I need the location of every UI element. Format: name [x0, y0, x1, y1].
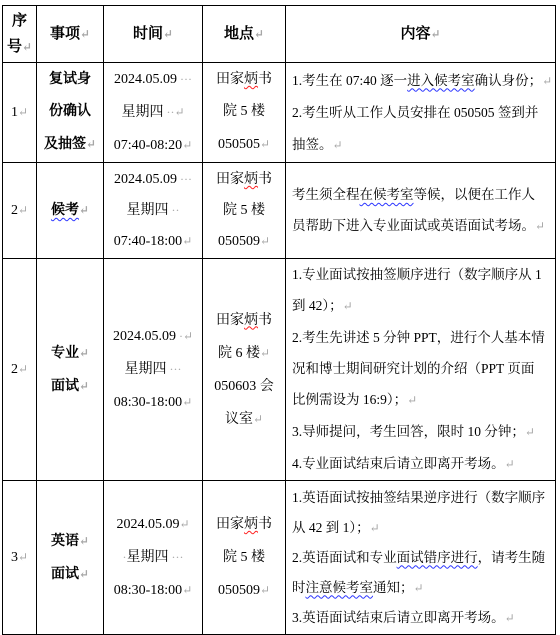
time-cell: 2024.05.09↵·星期四 ···08:30-18:00↵: [104, 481, 203, 635]
text-run: 星期四: [121, 105, 163, 120]
formatting-mark: ·↵: [176, 329, 193, 343]
text-run: 2.英语面试和专业: [292, 550, 397, 565]
formatting-mark: ··↵: [163, 105, 184, 119]
text-run: 08:30-18:00: [114, 395, 182, 410]
location-cell: 田家炳书院 5 楼050505↵: [203, 63, 286, 163]
text-run: 书: [258, 72, 272, 87]
text-run: 况和博士期间研究计划的介绍（PPT 页面: [292, 361, 534, 376]
formatting-mark: ↵: [18, 550, 28, 564]
seq-cell: 1↵: [3, 63, 37, 163]
formatting-mark: ↵: [18, 203, 28, 217]
text-run: 2024.05.09: [114, 72, 177, 87]
schedule-table: 序号↵事项↵时间↵地点↵内容↵ 1↵复试身份确认及抽签↵2024.05.09 ·…: [2, 5, 556, 635]
formatting-mark: ↵: [86, 137, 96, 151]
text-line: 050603 会: [206, 370, 282, 403]
text-line: 4.专业面试结束后请立即离开考场。↵: [292, 448, 549, 480]
text-run: 等候，以便在工作人: [414, 187, 536, 202]
text-run: 田家: [216, 172, 244, 187]
location-cell: 田家炳书院 5 楼050509↵: [203, 163, 286, 259]
text-run: 3: [11, 550, 18, 565]
text-run: 英语: [51, 534, 79, 549]
text-run: 院 5 楼: [223, 203, 265, 218]
item-cell: 复试身份确认及抽签↵: [37, 63, 104, 163]
formatting-mark: ↵: [179, 517, 189, 531]
content-cell: 1.考生在 07:40 逐一进入候考室确认身份；↵2.考生听从工作人员安排在 0…: [286, 63, 556, 163]
text-run: 2: [11, 362, 18, 377]
text-line: 田家炳书: [206, 508, 282, 541]
text-line: 及抽签↵: [40, 128, 100, 161]
text-run: 田家: [216, 72, 244, 87]
text-run: 1.考生在 07:40 逐一: [292, 73, 407, 88]
grammar-underlined-text: 面试错序进行: [397, 550, 478, 565]
text-run: 2: [11, 203, 18, 218]
text-line: 份确认: [40, 96, 100, 128]
text-run: 田家: [216, 517, 244, 532]
text-run: 内容: [400, 26, 430, 42]
text-line: 院 5 楼: [206, 541, 282, 574]
text-run: 到 42）；: [292, 298, 343, 313]
formatting-mark: ↵: [260, 137, 270, 151]
table-row: 1↵复试身份确认及抽签↵2024.05.09 ···星期四 ··↵07:40-0…: [3, 63, 556, 163]
grammar-underlined-text: 在候考室: [360, 187, 414, 202]
table-row: 3↵英语↵面试↵2024.05.09↵·星期四 ···08:30-18:00↵田…: [3, 481, 556, 635]
text-line: 08:30-18:00↵: [107, 386, 199, 419]
seq-cell: 3↵: [3, 481, 37, 635]
text-line: 2024.05.09 ···: [107, 63, 199, 96]
text-run: 时间: [133, 26, 163, 42]
text-line: 2024.05.09 ···: [107, 164, 199, 195]
text-line: 从 42 到 1）；↵: [292, 513, 549, 543]
location-cell: 田家炳书院 5 楼050509↵: [203, 481, 286, 635]
text-line: 田家炳书: [206, 164, 282, 195]
text-run: 4.专业面试结束后请立即离开考场。: [292, 456, 505, 471]
formatting-mark: ↵: [253, 412, 263, 426]
content-cell: 1.英语面试按抽签结果逆序进行（数字顺序从 42 到 1）；↵2.英语面试和专业…: [286, 481, 556, 635]
text-line: 3↵: [6, 541, 33, 574]
table-row: 2↵候考↵2024.05.09 ···星期四 ··07:40-18:00↵田家炳…: [3, 163, 556, 259]
text-run: 从 42 到 1）；: [292, 520, 370, 535]
text-run: 2024.05.09: [113, 329, 176, 344]
text-line: 050505↵: [206, 128, 282, 161]
text-line: 时间↵: [107, 21, 199, 47]
formatting-mark: ↵: [79, 379, 89, 393]
text-line: 员帮助下进入专业面试或英语面试考场。↵: [292, 210, 549, 242]
text-run: 07:40-08:20: [114, 138, 182, 153]
formatting-mark: ↵: [525, 425, 535, 439]
formatting-mark: ↵: [542, 74, 552, 88]
text-line: 号↵: [6, 34, 33, 60]
text-run: 2.考生听从工作人员安排在 050505 签到并: [292, 105, 538, 120]
formatting-mark: ···: [177, 172, 192, 186]
formatting-mark: ↵: [18, 105, 28, 119]
text-run: 050509: [218, 234, 260, 249]
text-line: 08:30-18:00↵: [107, 574, 199, 607]
formatting-mark: ↵: [535, 219, 545, 233]
time-cell: 2024.05.09 ·↵星期四 ···08:30-18:00↵: [104, 259, 203, 481]
text-line: 07:40-08:20↵: [107, 129, 199, 162]
text-line: 3.导师提问，考生回答，限时 10 分钟；↵: [292, 416, 549, 448]
formatting-mark: ↵: [254, 27, 264, 41]
text-line: 院 6 楼↵: [206, 337, 282, 370]
text-run: 院 5 楼: [223, 550, 265, 565]
item-cell: 专业↵面试↵: [37, 259, 104, 481]
text-line: 3.英语面试结束后请立即离开考场。↵: [292, 603, 549, 633]
table-body: 1↵复试身份确认及抽签↵2024.05.09 ···星期四 ··↵07:40-0…: [3, 63, 556, 635]
spellcheck-underlined-text: 炳: [244, 172, 258, 187]
formatting-mark: ↵: [333, 138, 343, 152]
text-run: 书: [258, 517, 272, 532]
text-run: 面试: [51, 567, 79, 582]
text-run: 3.英语面试结束后请立即离开考场。: [292, 610, 505, 625]
text-line: 2.英语面试和专业面试错序进行，请考生随: [292, 543, 549, 573]
text-run: 复试身: [49, 72, 91, 87]
text-run: 院 5 楼: [223, 104, 265, 119]
text-run: 08:30-18:00: [114, 583, 182, 598]
spellcheck-underlined-text: 炳: [244, 313, 258, 328]
text-run: 专业: [51, 346, 79, 361]
text-line: 英语↵: [40, 525, 100, 558]
text-run: 1: [11, 105, 18, 120]
formatting-mark: ↵: [260, 583, 270, 597]
formatting-mark: ↵: [79, 534, 89, 548]
text-run: 确认身份；: [475, 73, 543, 88]
text-run: 3.导师提问，考生回答，限时 10 分钟；: [292, 424, 525, 439]
text-run: 议室: [225, 412, 253, 427]
text-line: 星期四 ··: [107, 195, 199, 226]
text-line: 2↵: [6, 195, 33, 226]
text-run: 2.考生先讲述 5 分钟 PPT，进行个人基本情: [292, 330, 545, 345]
text-line: 1↵: [6, 96, 33, 129]
text-line: 比例需设为 16:9）；↵: [292, 384, 549, 416]
header-content: 内容↵: [286, 6, 556, 63]
text-run: 星期四: [127, 203, 169, 218]
text-line: 2024.05.09↵: [107, 508, 199, 541]
header-location: 地点↵: [203, 6, 286, 63]
text-run: 书: [258, 172, 272, 187]
text-run: 2024.05.09: [116, 517, 179, 532]
spellcheck-underlined-text: 炳: [244, 517, 258, 532]
text-run: 抽签。: [292, 137, 333, 152]
text-run: 星期四: [127, 550, 169, 565]
text-line: 星期四 ···: [107, 353, 199, 386]
grammar-underlined-text: 候考: [51, 203, 79, 218]
text-run: 份确认: [49, 104, 91, 119]
formatting-mark: ↵: [18, 362, 28, 376]
text-line: 050509↵: [206, 574, 282, 607]
text-line: 2.考生听从工作人员安排在 050505 签到并: [292, 97, 549, 129]
text-line: 况和博士期间研究计划的介绍（PPT 页面: [292, 353, 549, 384]
text-run: 050509: [218, 583, 260, 598]
text-line: 事项↵: [40, 21, 100, 47]
content-cell: 考生须全程在候考室等候，以便在工作人员帮助下进入专业面试或英语面试考场。↵: [286, 163, 556, 259]
text-line: 专业↵: [40, 337, 100, 370]
text-line: 2.考生先讲述 5 分钟 PPT，进行个人基本情: [292, 322, 549, 353]
text-run: 事项: [50, 26, 80, 42]
formatting-mark: ··: [169, 203, 180, 217]
text-line: 内容↵: [289, 21, 552, 47]
seq-cell: 2↵: [3, 163, 37, 259]
formatting-mark: ···: [169, 550, 184, 564]
header-item: 事项↵: [37, 6, 104, 63]
table-header: 序号↵事项↵时间↵地点↵内容↵: [3, 6, 556, 63]
text-run: 通知；: [373, 580, 414, 595]
table-row: 2↵专业↵面试↵2024.05.09 ·↵星期四 ···08:30-18:00↵…: [3, 259, 556, 481]
formatting-mark: ↵: [22, 40, 32, 54]
formatting-mark: ↵: [505, 611, 515, 625]
text-line: 院 5 楼: [206, 195, 282, 226]
text-line: 星期四 ··↵: [107, 96, 199, 129]
formatting-mark: ↵: [343, 299, 353, 313]
text-run: 面试: [51, 379, 79, 394]
text-run: 号: [7, 39, 22, 55]
text-line: 序: [6, 8, 33, 34]
text-run: 1.专业面试按抽签顺序进行（数字顺序从 1: [292, 267, 542, 282]
text-run: 050505: [218, 137, 260, 152]
text-line: 07:40-18:00↵: [107, 226, 199, 257]
formatting-mark: ↵: [80, 27, 90, 41]
header-row: 序号↵事项↵时间↵地点↵内容↵: [3, 6, 556, 63]
formatting-mark: ↵: [79, 203, 89, 217]
text-run: 田家: [216, 313, 244, 328]
spellcheck-underlined-text: 炳: [244, 72, 258, 87]
text-line: 2↵: [6, 353, 33, 386]
text-line: 面试↵: [40, 370, 100, 403]
formatting-mark: ↵: [407, 393, 417, 407]
grammar-underlined-text: 注意候考室: [306, 580, 374, 595]
formatting-mark: ···: [167, 362, 182, 376]
text-run: ，请考生随: [478, 550, 546, 565]
formatting-mark: ↵: [79, 567, 89, 581]
text-line: 抽签。↵: [292, 129, 549, 161]
text-line: 050509↵: [206, 226, 282, 257]
time-cell: 2024.05.09 ···星期四 ··07:40-18:00↵: [104, 163, 203, 259]
text-run: 书: [258, 313, 272, 328]
text-line: 面试↵: [40, 558, 100, 591]
formatting-mark: ↵: [260, 346, 270, 360]
formatting-mark: ↵: [430, 27, 440, 41]
text-line: 时注意候考室通知；↵: [292, 573, 549, 603]
formatting-mark: ↵: [505, 457, 515, 471]
location-cell: 田家炳书院 6 楼↵050603 会议室↵: [203, 259, 286, 481]
text-line: 2024.05.09 ·↵: [107, 320, 199, 353]
grammar-underlined-text: 进入候考室: [407, 73, 475, 88]
formatting-mark: ↵: [260, 234, 270, 248]
text-line: 到 42）；↵: [292, 290, 549, 322]
text-run: 序: [12, 13, 27, 29]
formatting-mark: ↵: [79, 346, 89, 360]
formatting-mark: ↵: [163, 27, 173, 41]
text-line: 院 5 楼: [206, 96, 282, 128]
text-line: 田家炳书: [206, 304, 282, 337]
formatting-mark: ↵: [182, 138, 192, 152]
text-run: 1.英语面试按抽签结果逆序进行（数字顺序: [292, 490, 545, 505]
text-run: 2024.05.09: [114, 172, 177, 187]
formatting-mark: ↵: [414, 581, 424, 595]
text-run: 考生须全程: [292, 187, 360, 202]
time-cell: 2024.05.09 ···星期四 ··↵07:40-08:20↵: [104, 63, 203, 163]
text-line: 考生须全程在候考室等候，以便在工作人: [292, 179, 549, 210]
formatting-mark: ···: [177, 72, 192, 86]
formatting-mark: ↵: [182, 583, 192, 597]
formatting-mark: ↵: [182, 395, 192, 409]
text-run: 比例需设为 16:9）；: [292, 392, 407, 407]
formatting-mark: ↵: [182, 234, 192, 248]
header-time: 时间↵: [104, 6, 203, 63]
text-line: 候考↵: [40, 195, 100, 226]
text-line: 复试身: [40, 64, 100, 96]
text-run: 星期四: [125, 362, 167, 377]
text-run: 时: [292, 580, 306, 595]
header-seq: 序号↵: [3, 6, 37, 63]
seq-cell: 2↵: [3, 259, 37, 481]
text-line: 地点↵: [206, 21, 282, 47]
text-line: 1.考生在 07:40 逐一进入候考室确认身份；↵: [292, 65, 549, 97]
text-run: 07:40-18:00: [114, 234, 182, 249]
text-line: 议室↵: [206, 403, 282, 436]
document-page: 序号↵事项↵时间↵地点↵内容↵ 1↵复试身份确认及抽签↵2024.05.09 ·…: [0, 0, 560, 635]
text-run: 050603 会: [214, 379, 274, 394]
text-run: 院 6 楼: [218, 346, 260, 361]
item-cell: 英语↵面试↵: [37, 481, 104, 635]
item-cell: 候考↵: [37, 163, 104, 259]
text-line: 1.专业面试按抽签顺序进行（数字顺序从 1: [292, 259, 549, 290]
content-cell: 1.专业面试按抽签顺序进行（数字顺序从 1到 42）；↵2.考生先讲述 5 分钟…: [286, 259, 556, 481]
text-line: ·星期四 ···: [107, 541, 199, 574]
text-run: 及抽签: [44, 137, 86, 152]
text-run: 员帮助下进入专业面试或英语面试考场。: [292, 218, 535, 233]
formatting-mark: ↵: [370, 521, 380, 535]
text-run: 地点: [224, 26, 254, 42]
text-line: 1.英语面试按抽签结果逆序进行（数字顺序: [292, 483, 549, 513]
text-line: 田家炳书: [206, 64, 282, 96]
